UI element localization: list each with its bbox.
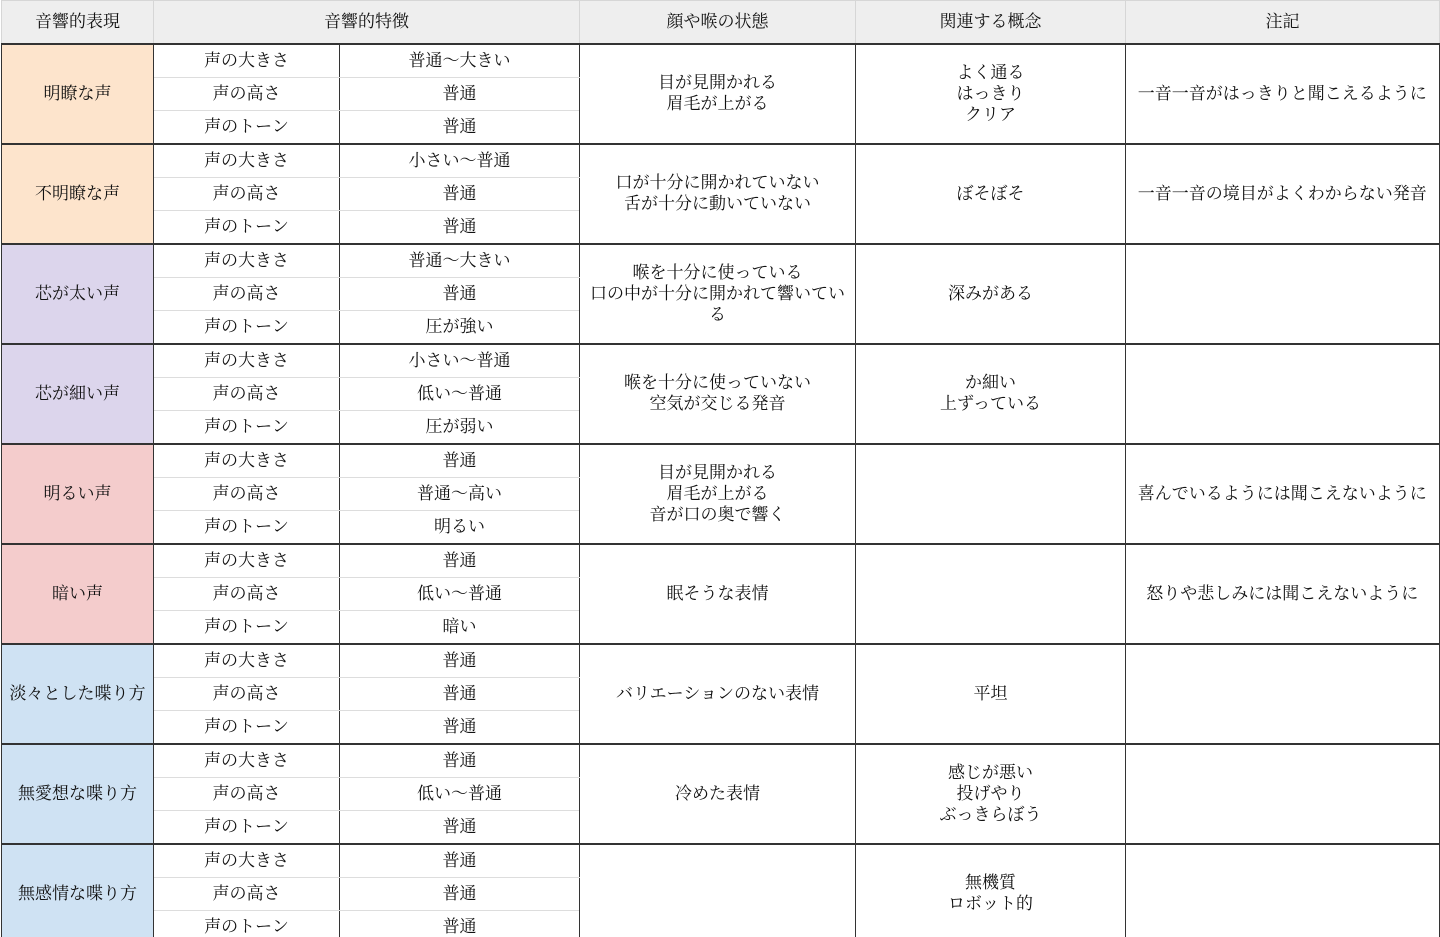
note-cell bbox=[1126, 744, 1440, 844]
attribute-value: 普通 bbox=[340, 678, 580, 711]
concept-cell: よく通る はっきり クリア bbox=[856, 44, 1126, 144]
attribute-value: 圧が強い bbox=[340, 311, 580, 345]
note-cell: 一音一音がはっきりと聞こえるように bbox=[1126, 44, 1440, 144]
attribute-value: 普通 bbox=[340, 711, 580, 745]
concept-cell: 平坦 bbox=[856, 644, 1126, 744]
attribute-value: 小さい～普通 bbox=[340, 144, 580, 178]
note-cell: 喜んでいるようには聞こえないように bbox=[1126, 444, 1440, 544]
face-state-cell: 目が見開かれる 眉毛が上がる 音が口の奥で響く bbox=[580, 444, 856, 544]
attribute-value: 普通 bbox=[340, 178, 580, 211]
note-cell bbox=[1126, 244, 1440, 344]
category-cell: 不明瞭な声 bbox=[2, 144, 154, 244]
attribute-value: 低い～普通 bbox=[340, 778, 580, 811]
header-face: 顔や喉の状態 bbox=[580, 1, 856, 45]
attribute-value: 普通 bbox=[340, 878, 580, 911]
concept-cell: 深みがある bbox=[856, 244, 1126, 344]
header-features: 音響的特徴 bbox=[154, 1, 580, 45]
concept-cell: ぼそぼそ bbox=[856, 144, 1126, 244]
category-cell: 明瞭な声 bbox=[2, 44, 154, 144]
note-cell bbox=[1126, 644, 1440, 744]
face-state-cell: 冷めた表情 bbox=[580, 744, 856, 844]
table-row: 無愛想な喋り方声の大きさ普通冷めた表情感じが悪い 投げやり ぶっきらぼう bbox=[2, 744, 1440, 778]
attribute-label: 声の大きさ bbox=[154, 344, 340, 378]
category-cell: 淡々とした喋り方 bbox=[2, 644, 154, 744]
face-state-cell: 眠そうな表情 bbox=[580, 544, 856, 644]
category-cell: 無愛想な喋り方 bbox=[2, 744, 154, 844]
attribute-label: 声の高さ bbox=[154, 678, 340, 711]
category-cell: 芯が細い声 bbox=[2, 344, 154, 444]
attribute-label: 声の大きさ bbox=[154, 444, 340, 478]
attribute-label: 声のトーン bbox=[154, 811, 340, 845]
concept-cell: 感じが悪い 投げやり ぶっきらぼう bbox=[856, 744, 1126, 844]
category-cell: 明るい声 bbox=[2, 444, 154, 544]
attribute-value: 普通～大きい bbox=[340, 44, 580, 78]
category-cell: 芯が太い声 bbox=[2, 244, 154, 344]
attribute-label: 声の高さ bbox=[154, 78, 340, 111]
attribute-label: 声の高さ bbox=[154, 578, 340, 611]
attribute-label: 声の大きさ bbox=[154, 844, 340, 878]
header-note: 注記 bbox=[1126, 1, 1440, 45]
table-row: 芯が細い声声の大きさ小さい～普通喉を十分に使っていない 空気が交じる発音か細い … bbox=[2, 344, 1440, 378]
attribute-label: 声のトーン bbox=[154, 411, 340, 445]
attribute-label: 声の大きさ bbox=[154, 644, 340, 678]
attribute-label: 声の高さ bbox=[154, 378, 340, 411]
table-row: 明瞭な声声の大きさ普通～大きい目が見開かれる 眉毛が上がるよく通る はっきり ク… bbox=[2, 44, 1440, 78]
attribute-label: 声の大きさ bbox=[154, 244, 340, 278]
attribute-value: 低い～普通 bbox=[340, 378, 580, 411]
concept-cell: 無機質 ロボット的 bbox=[856, 844, 1126, 937]
attribute-value: 普通 bbox=[340, 811, 580, 845]
table-row: 暗い声声の大きさ普通眠そうな表情怒りや悲しみには聞こえないように bbox=[2, 544, 1440, 578]
attribute-value: 普通 bbox=[340, 278, 580, 311]
face-state-cell: バリエーションのない表情 bbox=[580, 644, 856, 744]
attribute-label: 声の大きさ bbox=[154, 744, 340, 778]
attribute-value: 普通 bbox=[340, 211, 580, 245]
header-expression: 音響的表現 bbox=[2, 1, 154, 45]
attribute-value: 普通～高い bbox=[340, 478, 580, 511]
note-cell: 一音一音の境目がよくわからない発音 bbox=[1126, 144, 1440, 244]
attribute-value: 普通 bbox=[340, 744, 580, 778]
attribute-label: 声のトーン bbox=[154, 511, 340, 545]
table-row: 芯が太い声声の大きさ普通～大きい喉を十分に使っている 口の中が十分に開かれて響い… bbox=[2, 244, 1440, 278]
attribute-label: 声のトーン bbox=[154, 311, 340, 345]
category-cell: 暗い声 bbox=[2, 544, 154, 644]
attribute-value: 圧が弱い bbox=[340, 411, 580, 445]
face-state-cell bbox=[580, 844, 856, 937]
attribute-label: 声の高さ bbox=[154, 878, 340, 911]
attribute-label: 声の大きさ bbox=[154, 44, 340, 78]
face-state-cell: 口が十分に開かれていない 舌が十分に動いていない bbox=[580, 144, 856, 244]
attribute-value: 普通 bbox=[340, 444, 580, 478]
table-row: 無感情な喋り方声の大きさ普通無機質 ロボット的 bbox=[2, 844, 1440, 878]
attribute-value: 普通 bbox=[340, 911, 580, 937]
face-state-cell: 喉を十分に使っている 口の中が十分に開かれて響いている bbox=[580, 244, 856, 344]
attribute-label: 声のトーン bbox=[154, 611, 340, 645]
table-row: 淡々とした喋り方声の大きさ普通バリエーションのない表情平坦 bbox=[2, 644, 1440, 678]
attribute-value: 普通 bbox=[340, 544, 580, 578]
face-state-cell: 喉を十分に使っていない 空気が交じる発音 bbox=[580, 344, 856, 444]
concept-cell bbox=[856, 544, 1126, 644]
attribute-value: 普通 bbox=[340, 644, 580, 678]
attribute-label: 声の高さ bbox=[154, 778, 340, 811]
voice-expression-table: 音響的表現 音響的特徴 顔や喉の状態 関連する概念 注記 明瞭な声声の大きさ普通… bbox=[1, 0, 1440, 937]
note-cell bbox=[1126, 844, 1440, 937]
category-cell: 無感情な喋り方 bbox=[2, 844, 154, 937]
attribute-label: 声の大きさ bbox=[154, 144, 340, 178]
attribute-value: 小さい～普通 bbox=[340, 344, 580, 378]
table-row: 明るい声声の大きさ普通目が見開かれる 眉毛が上がる 音が口の奥で響く喜んでいるよ… bbox=[2, 444, 1440, 478]
attribute-label: 声のトーン bbox=[154, 111, 340, 145]
note-cell: 怒りや悲しみには聞こえないように bbox=[1126, 544, 1440, 644]
attribute-label: 声の高さ bbox=[154, 178, 340, 211]
concept-cell: か細い 上ずっている bbox=[856, 344, 1126, 444]
attribute-value: 普通 bbox=[340, 111, 580, 145]
attribute-label: 声のトーン bbox=[154, 211, 340, 245]
attribute-value: 普通 bbox=[340, 844, 580, 878]
attribute-value: 普通～大きい bbox=[340, 244, 580, 278]
attribute-value: 暗い bbox=[340, 611, 580, 645]
header-concept: 関連する概念 bbox=[856, 1, 1126, 45]
header-row: 音響的表現 音響的特徴 顔や喉の状態 関連する概念 注記 bbox=[2, 1, 1440, 45]
attribute-value: 低い～普通 bbox=[340, 578, 580, 611]
concept-cell bbox=[856, 444, 1126, 544]
attribute-label: 声のトーン bbox=[154, 911, 340, 937]
table-row: 不明瞭な声声の大きさ小さい～普通口が十分に開かれていない 舌が十分に動いていない… bbox=[2, 144, 1440, 178]
attribute-label: 声の高さ bbox=[154, 278, 340, 311]
attribute-label: 声の大きさ bbox=[154, 544, 340, 578]
attribute-value: 明るい bbox=[340, 511, 580, 545]
note-cell bbox=[1126, 344, 1440, 444]
attribute-label: 声のトーン bbox=[154, 711, 340, 745]
face-state-cell: 目が見開かれる 眉毛が上がる bbox=[580, 44, 856, 144]
attribute-value: 普通 bbox=[340, 78, 580, 111]
attribute-label: 声の高さ bbox=[154, 478, 340, 511]
